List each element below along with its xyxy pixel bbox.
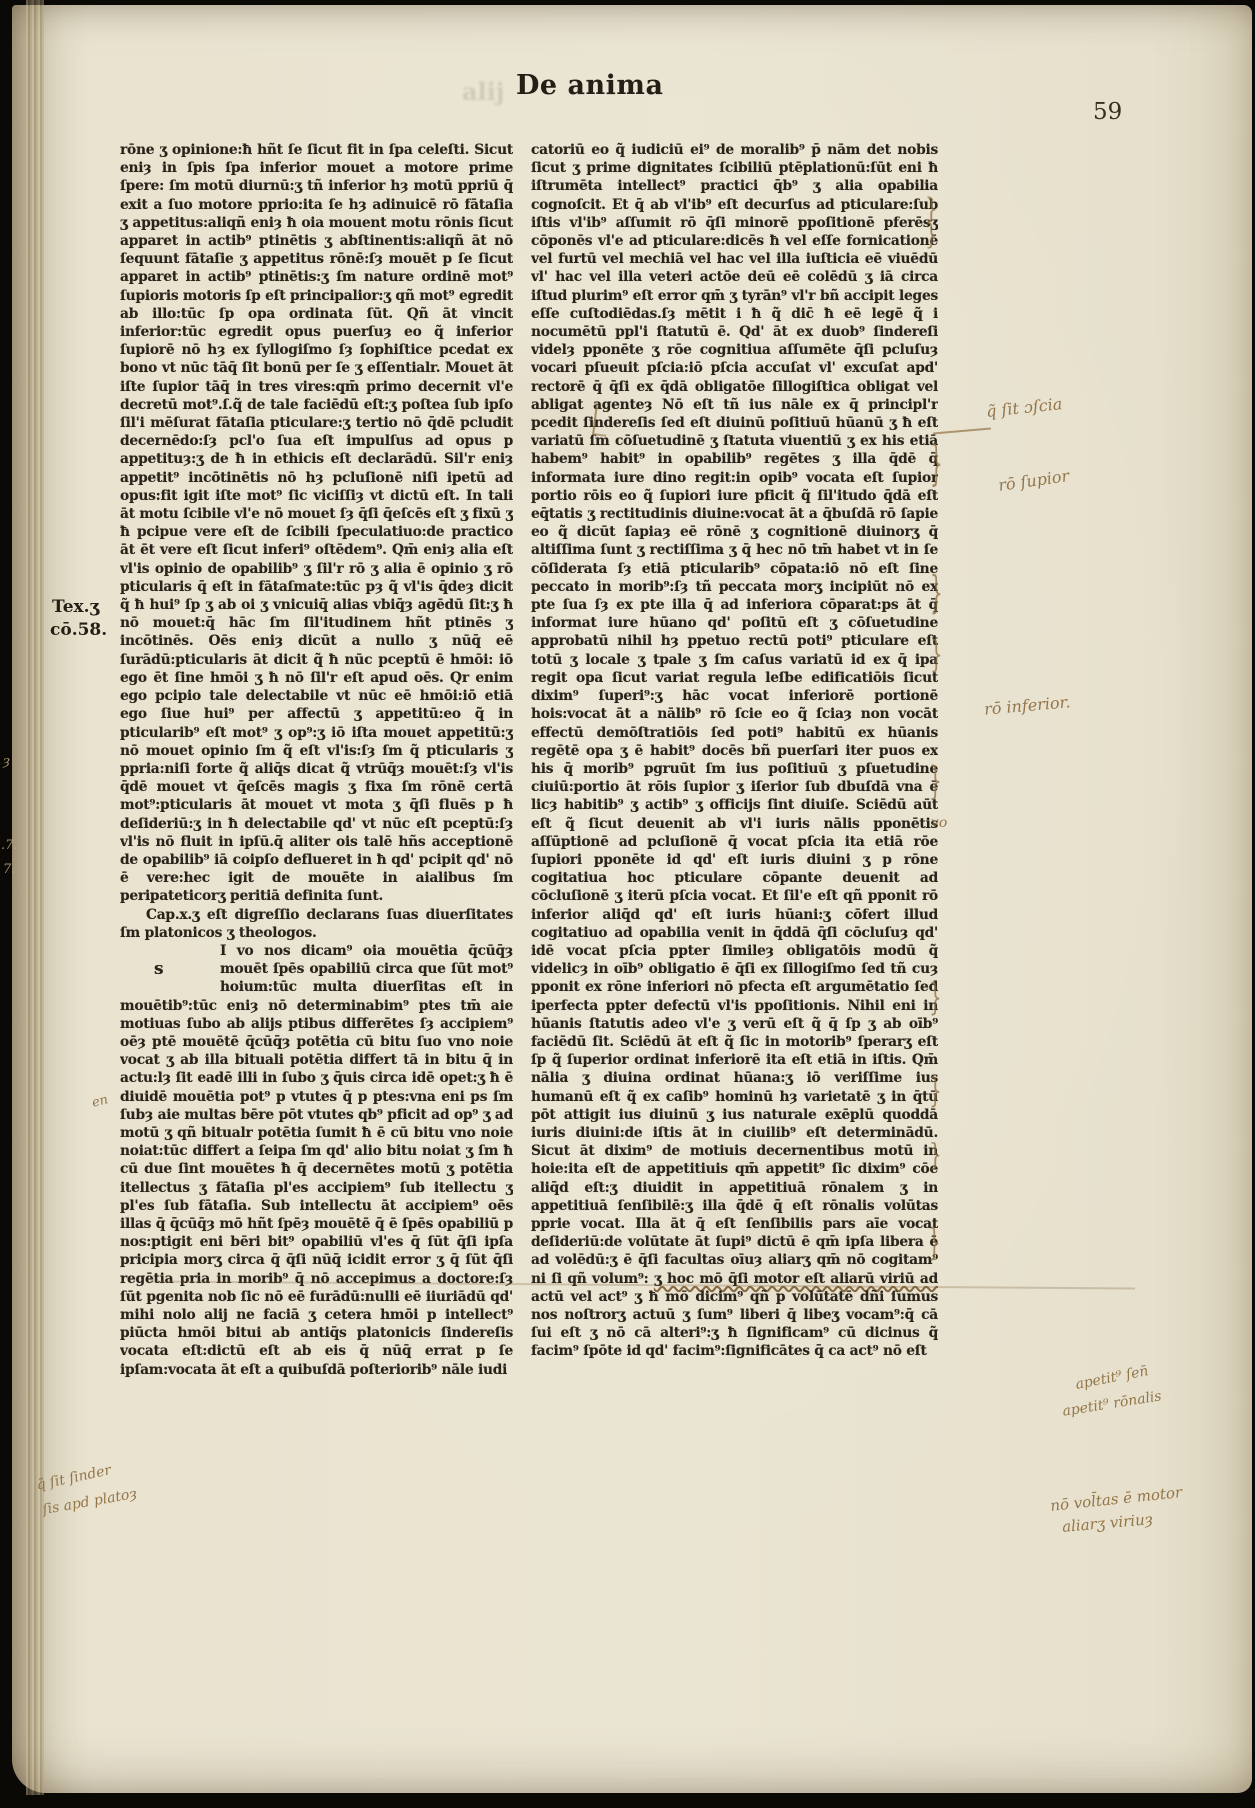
right-column-text-b: actū vel act⁹ ʒ ħ mō dicim⁹ qñ p volūtat… <box>531 1289 938 1360</box>
right-column-text-a: catoriū eo q̃ iudiciū ei⁹ de moralib⁹ p̄… <box>531 142 938 1287</box>
blank-initial-space: s <box>120 942 220 996</box>
running-head-title: De anima <box>516 70 663 101</box>
text-column-right: catoriū eo q̃ iudiciū ei⁹ de moralib⁹ p̄… <box>531 141 938 1603</box>
scanned-book-page: alij De anima 59 rōne ʒ opinione:ħ hñt ſ… <box>0 0 1255 1808</box>
margin-note-vo-mark: vo <box>931 815 947 831</box>
text-column-left: rōne ʒ opinione:ħ hñt ſe ſicut fit in ſp… <box>120 141 513 1603</box>
ink-brace-mark: } <box>929 1070 942 1111</box>
paragraph-commentary: catoriū eo q̃ iudiciū ei⁹ de moralib⁹ p̄… <box>531 141 938 1361</box>
ink-brace-mark: } <box>928 1220 941 1263</box>
ink-brace-mark: } <box>930 566 943 619</box>
ink-brace-mark: } <box>930 433 943 491</box>
printed-margin-citation-line2: cō.58. <box>50 620 107 640</box>
fore-edge-mark-2: .7. <box>1 838 18 853</box>
ink-brace-mark: } <box>929 1136 942 1172</box>
chapter-rubric: Cap.x.ʒ eſt digreſſio declarans ſuas diu… <box>120 906 513 942</box>
paragraph-chapter: sI vo nos dicam⁹ oia mouētia q̄cūq̄ȝ mou… <box>120 942 513 1379</box>
folio-page-number: 59 <box>1093 99 1122 125</box>
binding-page-edges <box>26 0 44 1795</box>
chapter-text: I vo nos dicam⁹ oia mouētia q̄cūq̄ȝ mouē… <box>120 943 513 1378</box>
ink-brace-mark: } <box>929 975 942 1018</box>
ink-brace-mark: } <box>925 217 938 251</box>
ink-brace-mark: } <box>930 632 943 675</box>
initial-guide-letter: s <box>154 960 163 978</box>
show-through-ghost-text: alij <box>462 77 504 106</box>
fore-edge-mark-3: 7. <box>3 862 15 877</box>
fore-edge-mark-1: ȝ <box>3 754 10 769</box>
ink-brace-mark: } <box>929 757 942 803</box>
printed-margin-citation-line1: Tex.ʒ <box>52 597 99 617</box>
paragraph-commentary: rōne ʒ opinione:ħ hñt ſe ſicut fit in ſp… <box>120 141 513 906</box>
